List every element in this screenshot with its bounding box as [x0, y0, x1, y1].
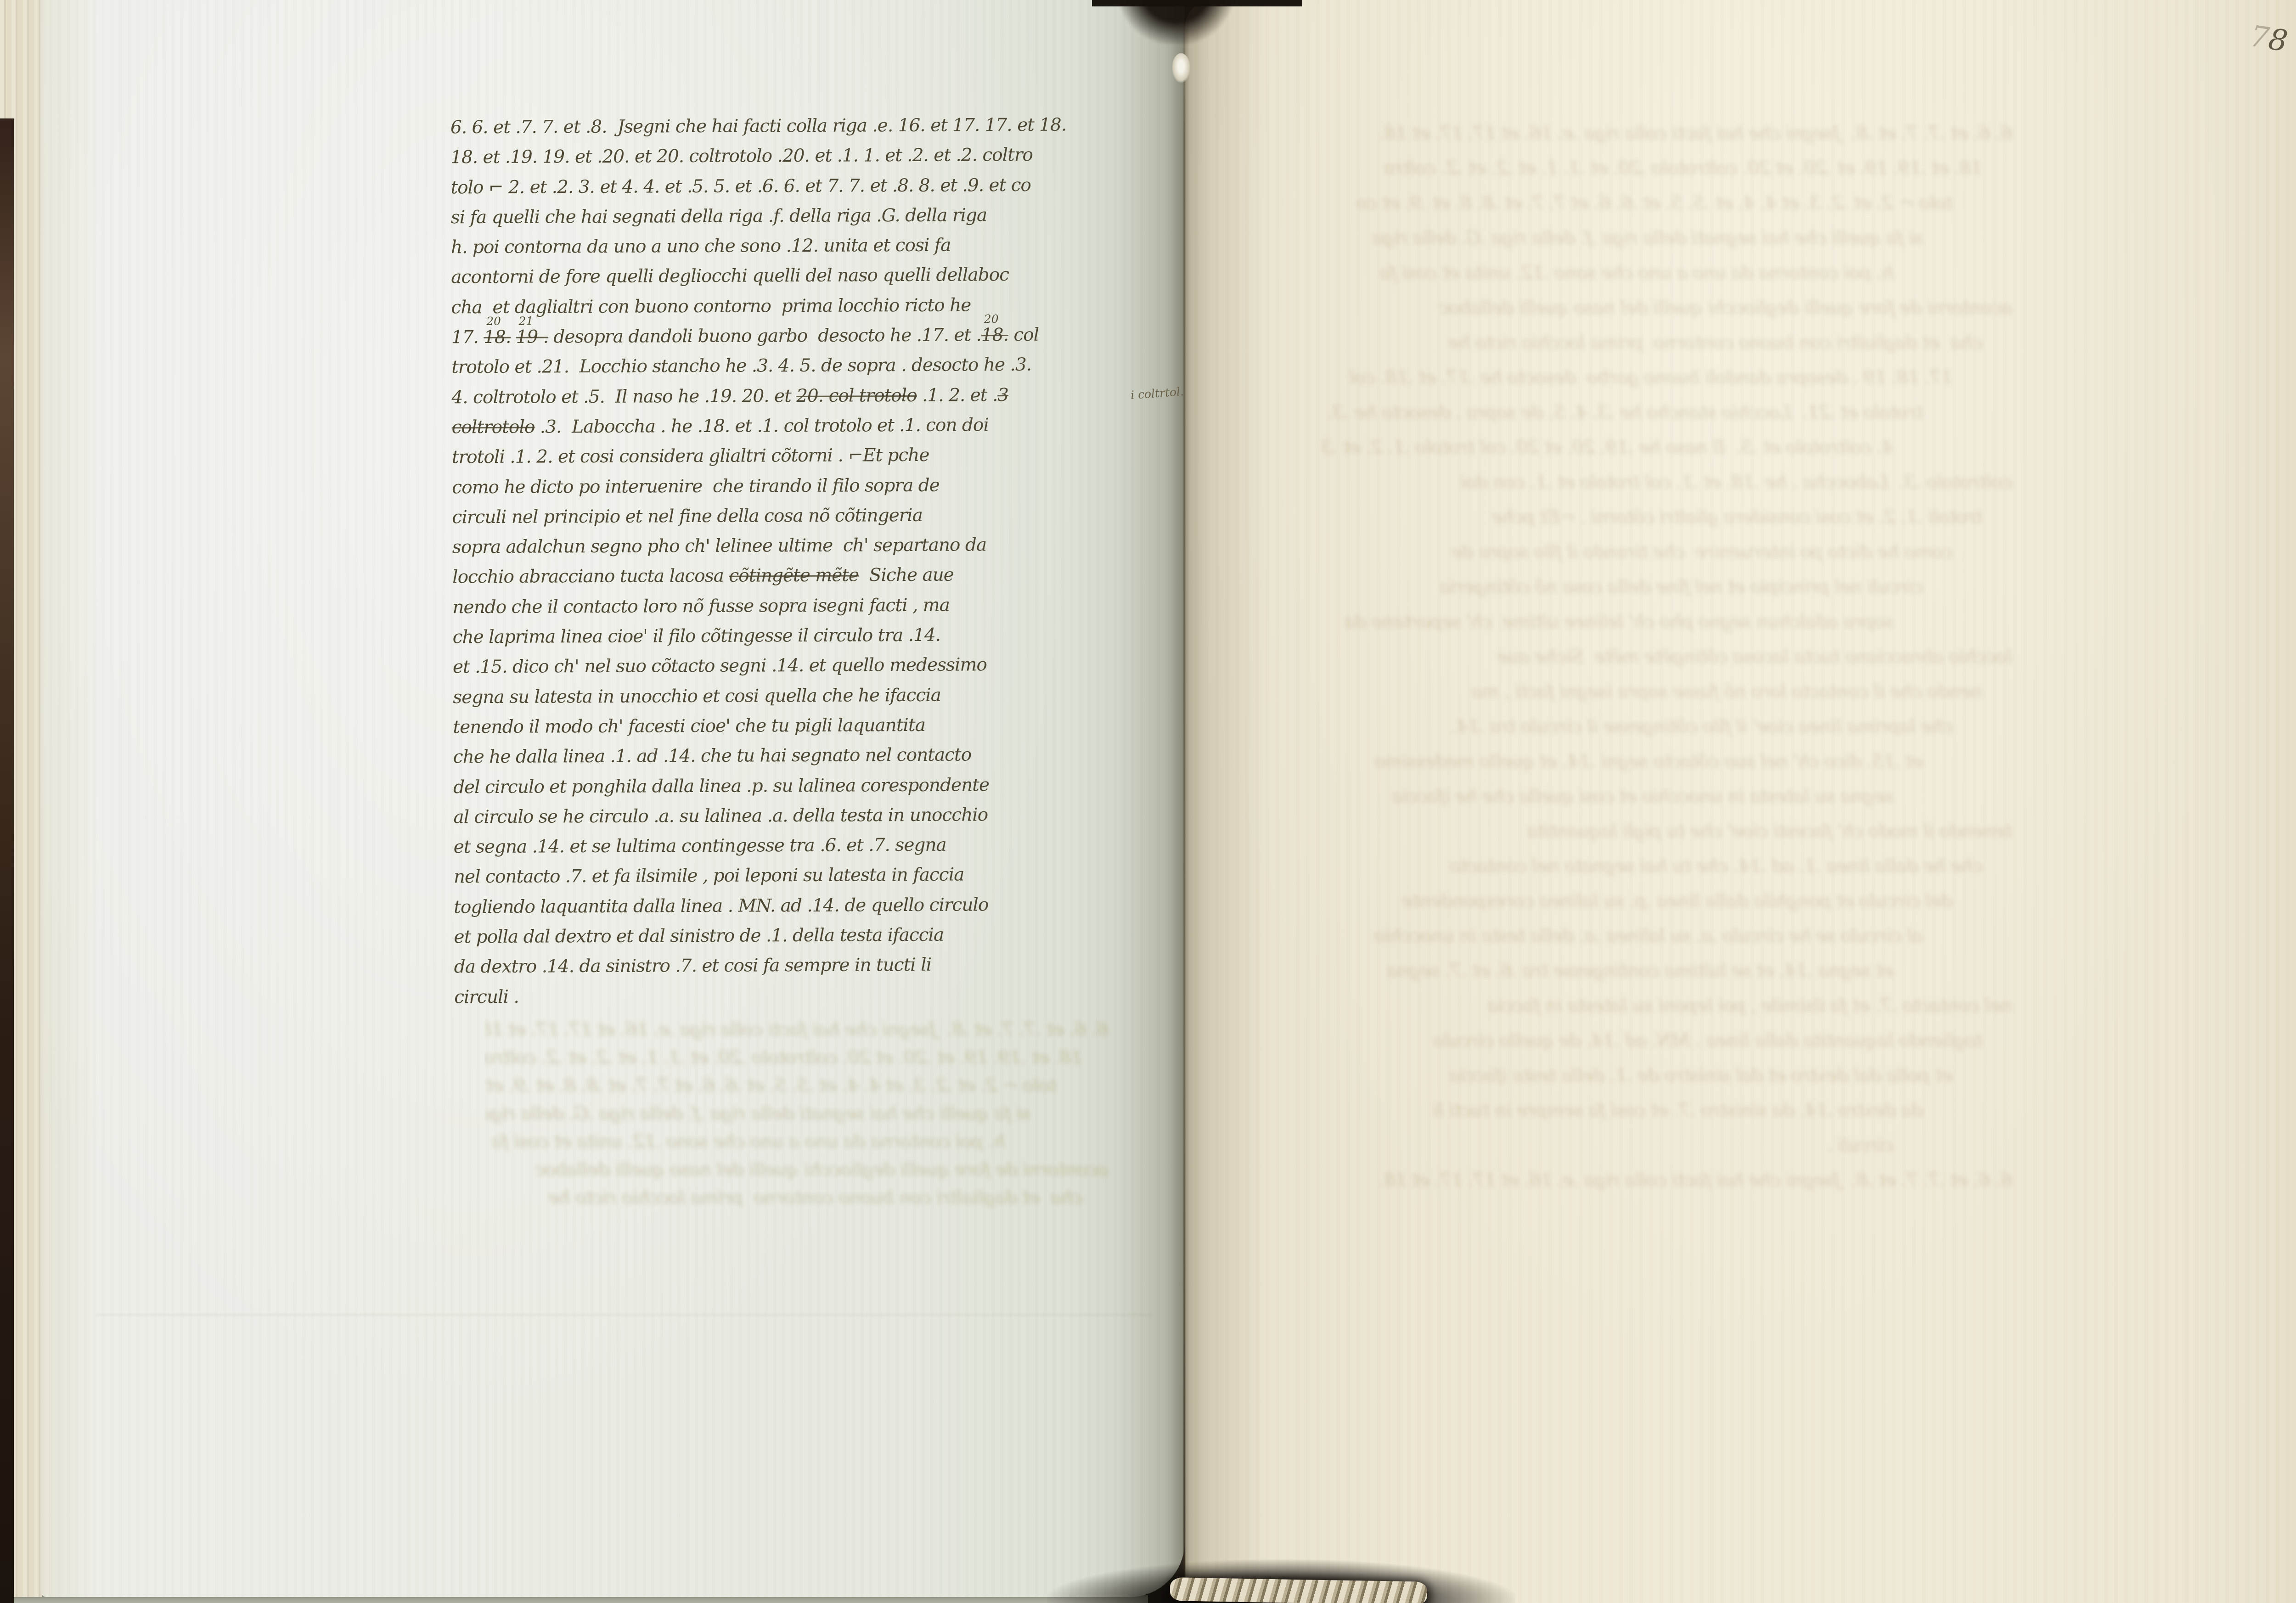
ink-text: tenendo il modo ch' facesti cioe' che tu…: [453, 715, 925, 737]
ink-text: como he dicto po interuenire che tirando…: [452, 475, 940, 498]
ink-text: sopra adalchun segno pho ch' lelinee ult…: [452, 534, 986, 557]
binding-top-wedge: [1119, 0, 1233, 44]
manuscript-line: nel contacto .7. et fa ilsimile , poi le…: [454, 864, 1152, 897]
ink-text: al circulo se he circulo .a. su lalinea …: [453, 804, 988, 827]
ink-text: et segna .14. et se lultima contingesse …: [454, 835, 946, 858]
manuscript-line: circuli nel principio et nel fine della …: [452, 504, 1150, 537]
ink-text: che he dalla linea .1. ad .14. che tu ha…: [453, 745, 972, 768]
manuscript-photo: 6. 6. et .7. 7. et .8. Jsegni che hai fa…: [0, 0, 2296, 1603]
manuscript-line: togliendo laquantita dalla linea . MN. a…: [454, 894, 1152, 927]
manuscript-line: che he dalla linea .1. ad .14. che tu ha…: [453, 744, 1151, 777]
manuscript-line: tenendo il modo ch' facesti cioe' che tu…: [453, 714, 1151, 747]
manuscript-line: acontorni de fore quelli degliocchi quel…: [451, 264, 1149, 297]
ink-text: circuli .: [454, 986, 519, 1007]
book-cover-edge: [0, 118, 14, 1603]
struck-text: 3: [997, 385, 1008, 405]
manuscript-line: et segna .14. et se lultima contingesse …: [454, 834, 1152, 867]
ink-text: acontorni de fore quelli degliocchi quel…: [451, 265, 1009, 288]
ink-text: h. poi contorna da uno a uno che sono .1…: [451, 235, 951, 258]
manuscript-line: coltrotolo .3. Laboccha . he .18. et .1.…: [452, 414, 1150, 447]
struck-text: 18.20: [981, 325, 1008, 345]
ink-text: tolo ⌐ 2. et .2. 3. et 4. 4. et .5. 5. e…: [450, 174, 1031, 198]
manuscript-line: trotoli .1. 2. et cosi considera glialtr…: [452, 444, 1150, 477]
ink-text: del circulo et ponghila dalla linea .p. …: [453, 775, 989, 798]
ink-text: [511, 327, 516, 348]
manuscript-line: 6. 6. et .7. 7. et .8. Jsegni che hai fa…: [450, 114, 1148, 147]
ink-text: 18. et .19. 19. et .20. et 20. coltrotol…: [450, 145, 1033, 168]
superscript-correction: 20: [984, 312, 999, 326]
struck-text: cõtingẽte mẽte: [729, 565, 859, 586]
ink-text: nendo che il contacto loro nõ fusse sopr…: [452, 595, 950, 618]
ink-text: trotolo et .21. Locchio stancho he .3. 4…: [451, 354, 1031, 378]
manuscript-line: che laprima linea cioe' il filo cõtinges…: [453, 624, 1151, 657]
ink-text: et polla dal dextro et dal sinistro de .…: [454, 925, 944, 948]
ink-text: togliendo laquantita dalla linea . MN. a…: [454, 894, 988, 917]
ink-text: locchio abracciano tucta lacosa: [452, 566, 729, 588]
manuscript-line: et .15. dico ch' nel suo cõtacto segni .…: [453, 654, 1151, 687]
manuscript-line: 18. et .19. 19. et .20. et 20. coltrotol…: [450, 144, 1148, 177]
right-page: [1185, 0, 2296, 1603]
manuscript-line: da dextro .14. da sinistro .7. et cosi f…: [454, 954, 1152, 987]
struck-text: 19 .21: [516, 326, 549, 347]
ink-text: 6. 6. et .7. 7. et .8. Jsegni che hai fa…: [450, 114, 1067, 138]
manuscript-line: tolo ⌐ 2. et .2. 3. et 4. 4. et .5. 5. e…: [450, 174, 1148, 207]
ink-text: nel contacto .7. et fa ilsimile , poi le…: [454, 865, 964, 888]
endband-braid: [1170, 1577, 1428, 1603]
struck-text: 20. col trotolo: [796, 385, 917, 406]
manuscript-text-block: 6. 6. et .7. 7. et .8. Jsegni che hai fa…: [450, 114, 1153, 1017]
ink-text: si fa quelli che hai segnati della riga …: [451, 205, 987, 228]
ink-text: trotoli .1. 2. et cosi considera glialtr…: [452, 445, 929, 468]
manuscript-line: cha et daglialtri con buono contorno pri…: [451, 294, 1149, 327]
manuscript-line: como he dicto po interuenire che tirando…: [452, 474, 1150, 507]
manuscript-line: al circulo se he circulo .a. su lalinea …: [453, 804, 1151, 837]
manuscript-line: et polla dal dextro et dal sinistro de .…: [454, 924, 1152, 957]
manuscript-line: h. poi contorna da uno a uno che sono .1…: [451, 234, 1149, 267]
paper-crease: [96, 1314, 1152, 1316]
superscript-correction: 21: [518, 315, 533, 328]
ink-text: .3. Laboccha . he .18. et .1. col trotol…: [535, 415, 989, 437]
ink-text: circuli nel principio et nel fine della …: [452, 505, 923, 528]
ink-text: et .15. dico ch' nel suo cõtacto segni .…: [453, 655, 987, 678]
struck-text: coltrotolo: [452, 416, 535, 438]
ink-text: desopra dandoli buono garbo desocto he .…: [548, 325, 981, 347]
ink-text: 4. coltrotolo et .5. Il naso he .19. 20.…: [451, 386, 796, 408]
sewing-thread-knot: [1172, 53, 1190, 83]
manuscript-line: 4. coltrotolo et .5. Il naso he .19. 20.…: [451, 384, 1149, 417]
paper-texture: [1185, 0, 2296, 1603]
ink-text: Siche aue: [859, 565, 954, 586]
ink-text: che laprima linea cioe' il filo cõtinges…: [453, 625, 941, 648]
superscript-correction: 20: [486, 315, 501, 328]
manuscript-line: trotolo et .21. Locchio stancho he .3. 4…: [451, 354, 1149, 387]
manuscript-line: nendo che il contacto loro nõ fusse sopr…: [452, 594, 1150, 627]
manuscript-line: segna su latesta in unocchio et cosi que…: [453, 684, 1151, 717]
struck-text: 18.20: [484, 327, 511, 348]
manuscript-line: circuli .: [454, 984, 1152, 1017]
gutter-crease: [1183, 14, 1185, 1589]
folio-number: 78: [2248, 19, 2290, 59]
manuscript-line: 17. 18.20 19 .21 desopra dandoli buono g…: [451, 324, 1149, 357]
ink-text: col: [1008, 325, 1039, 345]
ink-text: .1. 2. et .: [917, 385, 998, 406]
manuscript-line: del circulo et ponghila dalla linea .p. …: [453, 774, 1151, 807]
manuscript-line: si fa quelli che hai segnati della riga …: [451, 204, 1149, 237]
manuscript-line: sopra adalchun segno pho ch' lelinee ult…: [452, 534, 1150, 567]
ink-text: 17.: [451, 327, 484, 348]
manuscript-line: locchio abracciano tucta lacosa cõtingẽt…: [452, 564, 1150, 597]
ink-text: segna su latesta in unocchio et cosi que…: [453, 685, 941, 708]
ink-text: da dextro .14. da sinistro .7. et cosi f…: [454, 955, 931, 978]
